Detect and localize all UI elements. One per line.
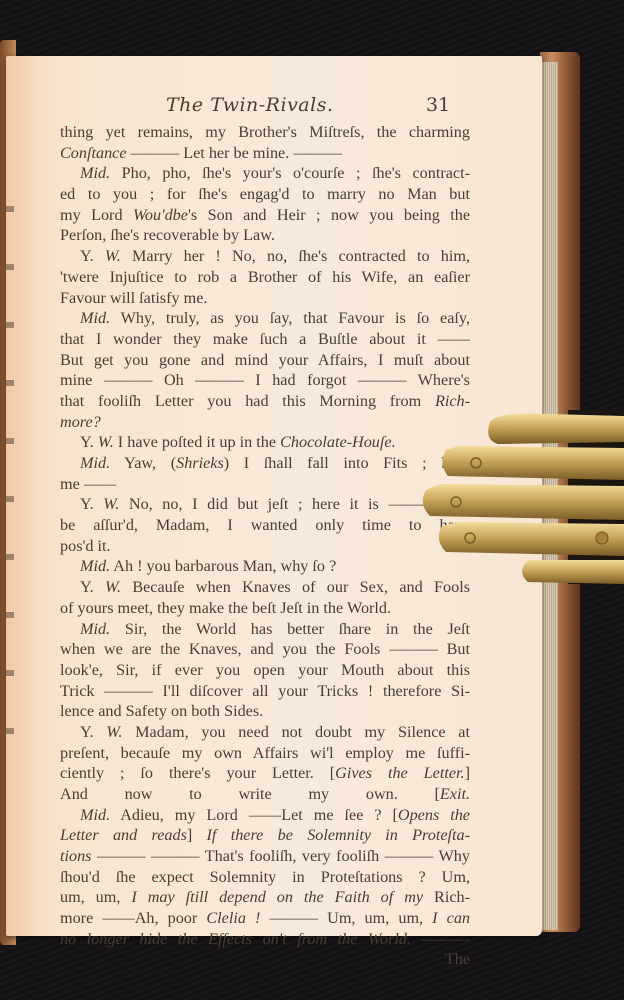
text-line: more ——Ah, poor Clelia ! ——— Um, um, um,… [60,908,470,929]
text-line: be aſſur'd, Madam, I wanted only time to… [60,515,470,536]
text-line: But get you gone and mind your Affairs, … [60,350,470,371]
text-line: of yours meet, they make the beſt Jeſt i… [60,598,470,619]
text-line: Favour will ſatisfy me. [60,288,470,309]
text-line: Y. W. Becauſe when Knaves of our Sex, an… [60,577,470,598]
text-line: Conſtance ——— Let her be mine. ——— [60,143,470,164]
text-line: ſhou'd ſhe expect Solemnity in Proteſtat… [60,867,470,888]
text-line: look'e, Sir, if ever you open your Mouth… [60,660,470,681]
text-line: Mid. Ah ! you barbarous Man, why ſo ? [60,556,470,577]
text-line: ed to you ; for ſhe's engag'd to marry n… [60,184,470,205]
catchword: The [60,950,470,971]
text-line: tions ——— ——— That's fooliſh, very fooli… [60,846,470,867]
text-line: more? [60,412,470,433]
running-head: The Twin-Rivals. 31 [6,88,542,118]
page-number: 31 [426,94,450,116]
text-line: Mid. Sir, the World has better ſhare in … [60,619,470,640]
text-line: um, um, I may ſtill depend on the Faith … [60,887,470,908]
text-line: pos'd it. [60,536,470,557]
page-text: thing yet remains, my Brother's Miſtreſs… [60,122,470,950]
text-line: Mid. Why, truly, as you ſay, that Favour… [60,308,470,329]
text-line: 'twere Injuſtice to rob a Brother of his… [60,267,470,288]
text-line: Y. W. Marry her ! No, no, ſhe's contract… [60,246,470,267]
text-line: Y. W. Madam, you need not doubt my Silen… [60,722,470,743]
text-line: Mid. Adieu, my Lord ——Let me ſee ? [Open… [60,805,470,826]
text-line: Y. W. I have poſted it up in the Chocola… [60,432,470,453]
facing-page-gutter [6,176,14,776]
running-title: The Twin-Rivals. [166,94,334,116]
text-line: Perſon, ſhe's recoverable by Law. [60,225,470,246]
text-line: that fooliſh Letter you had this Morning… [60,391,470,412]
text-line: when we are the Knaves, and you the Fool… [60,639,470,660]
text-line: Y. W. No, no, I did but jeſt ; here it i… [60,494,470,515]
text-line: lence and Safety on both Sides. [60,701,470,722]
text-line: Mid. Pho, pho, ſhe's your's o'courſe ; ſ… [60,163,470,184]
text-line: Trick ——— I'll diſcover all your Tricks … [60,681,470,702]
text-line: And now to write my own. [Exit. [60,784,470,805]
text-line: ciently ; ſo there's your Letter. [Gives… [60,763,470,784]
text-line: thing yet remains, my Brother's Miſtreſs… [60,122,470,143]
text-line: that I wonder they make ſuch a Buſtle ab… [60,329,470,350]
text-line: mine ——— Oh ——— I had forgot ——— Where's [60,370,470,391]
text-line: preſent, becauſe my own Affairs wi'l emp… [60,743,470,764]
text-line: no longer hide the Effects on't from the… [60,929,470,950]
text-line: Letter and reads] If there be Solemnity … [60,825,470,846]
text-line: my Lord Wou'dbe's Son and Heir ; now you… [60,205,470,226]
text-line: Mid. Yaw, (Shrieks) I ſhall fall into Fi… [60,453,470,474]
brass-hand-weight-icon [418,410,624,584]
text-line: me —— [60,474,470,495]
